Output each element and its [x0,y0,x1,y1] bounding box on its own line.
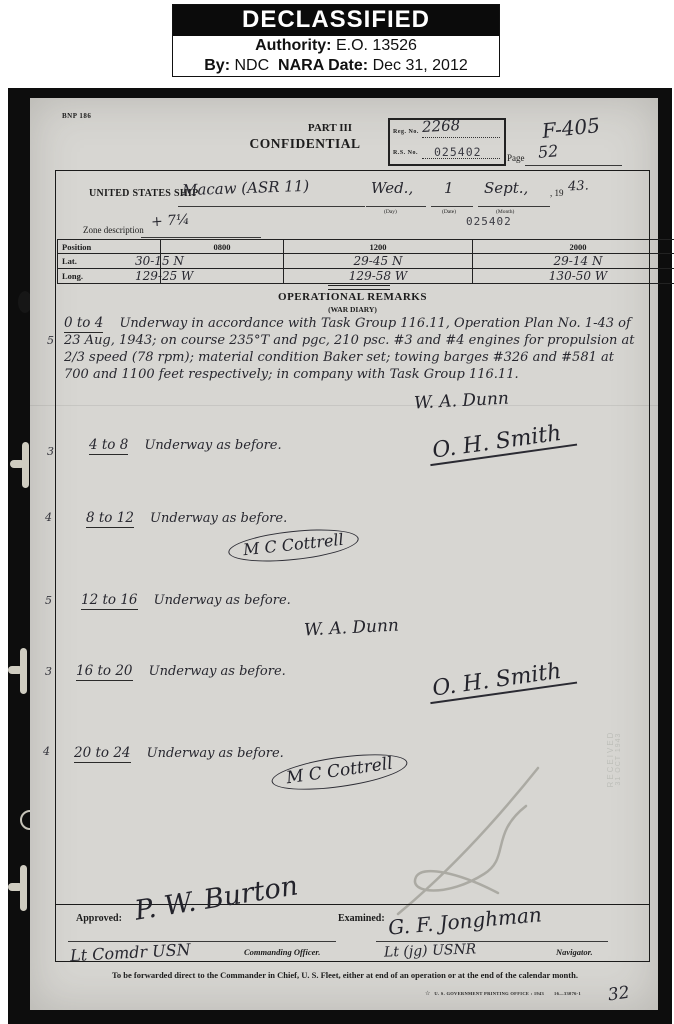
pencil-flourish-mark [386,766,556,921]
gpo-imprint: ☆ U. S. GOVERNMENT PRINTING OFFICE : 194… [425,982,581,1000]
zone-line [141,237,261,238]
margin-number: 4 [45,511,52,524]
declassified-banner: DECLASSIFIED Authority: E.O. 13526 By: N… [172,4,500,77]
serial-stamp: 025402 [466,215,512,228]
declassified-war-diary-page: DECLASSIFIED Authority: E.O. 13526 By: N… [0,0,674,1024]
nara-date-label: NARA Date: [278,57,368,74]
col-2000-header: 2000 [473,240,674,254]
page-label: Page [507,153,525,163]
page-number-value: 52 [537,141,559,162]
margin-number: 3 [47,445,54,458]
day-line [366,206,426,207]
margin-number: 3 [45,665,52,678]
authority-label: Authority: [255,37,331,54]
watch-officer-signature: O. H. Smith [427,419,577,466]
watch-officer-signature: W. A. Dunn [304,616,400,641]
lat-2000: 29-14 N [473,254,674,269]
approved-signature-line [68,941,336,942]
entry-time: 20 to 24 [74,745,131,763]
gpo-code: 16—33076-1 [554,991,581,996]
handwritten-page-number: 32 [607,983,631,1006]
position-table: Position 0800 1200 2000 Lat. 30-15 N 29-… [57,239,674,284]
examined-signature-line [376,941,608,942]
entry-time: 12 to 16 [81,592,138,610]
margin-number: 5 [47,334,54,347]
page-number-line [525,165,622,166]
authority-line: Authority: E.O. 13526 [173,36,499,56]
faint-stamp-line2: 31 OCT 1943 [615,699,622,819]
reg-no-label: Reg. No. [393,129,419,135]
entry-text: Underway as before. [154,593,291,608]
long-2000: 130-50 W [473,269,674,284]
entry-text: Underway as before. [147,746,284,761]
commanding-officer-label: Commanding Officer. [244,947,320,957]
entry-time: 0 to 4 [64,315,103,333]
navigator-label: Navigator. [556,947,593,957]
long-1200: 129-58 W [284,269,473,284]
month-line [478,206,550,207]
circled-signature: M C Cottrell [227,524,360,567]
ship-name-value: Macaw (ASR 11) [182,177,310,199]
by-line: By: NDC NARA Date: Dec 31, 2012 [173,56,499,76]
remarks-subtitle: (WAR DIARY) [56,305,649,314]
day-value: Wed., [371,179,413,197]
year-prefix: , 19 [550,188,564,198]
paper-sheet: BNP 186 PART III CONFIDENTIAL Reg. No. 2… [30,98,658,1010]
col-1200-header: 1200 [284,240,473,254]
log-entry: 0 to 4 Underway in accordance with Task … [64,315,642,383]
rs-no-label: R.S. No. [393,150,418,156]
day-sublabel: (Day) [384,209,397,215]
commanding-officer-signature: P. W. Burton [133,870,301,926]
reg-no-value: 2268 [422,116,461,136]
margin-number: 5 [45,594,52,607]
by-value: NDC [234,57,269,74]
faint-stamp-line1: RECEIVED [606,699,615,819]
form-number: BNP 186 [62,112,91,120]
reg-dotted-line [422,137,500,138]
entry-text: Underway as before. [150,511,287,526]
examined-label: Examined: [338,913,385,924]
entry-time: 16 to 20 [76,663,133,681]
log-entry: 4 to 8 Underway as before. [89,437,282,454]
entry-text: Underway as before. [144,438,281,453]
margin-number: 4 [43,745,50,758]
faint-received-stamp: RECEIVED 31 OCT 1943 [606,699,622,819]
zone-description-label: Zone description [83,225,144,235]
rs-no-row: R.S. No. 025402 [390,141,504,162]
entry-text: Underway as before. [149,664,286,679]
registry-stamp-box: Reg. No. 2268 R.S. No. 025402 [388,118,506,166]
col-0800-header: 0800 [161,240,284,254]
rs-no-value: 025402 [434,145,482,159]
log-entry: 12 to 16 Underway as before. [81,592,291,609]
by-label: By: [204,57,230,74]
entry-time: 8 to 12 [86,510,134,528]
double-rule-ornament [328,285,390,290]
navigator-rank: Lt (jg) USNR [384,941,477,960]
gpo-text: U. S. GOVERNMENT PRINTING OFFICE : 1943 [434,991,544,996]
watch-officer-signature: M C Cottrell [227,524,360,567]
log-entry: 8 to 12 Underway as before. [86,510,287,527]
date-value: 1 [444,179,454,197]
remarks-title: OPERATIONAL REMARKS [56,291,649,303]
latitude-row: Lat. 30-15 N 29-45 N 29-14 N [58,254,674,269]
date-line [431,206,473,207]
authority-value: E.O. 13526 [336,37,417,54]
entry-text: Underway in accordance with Task Group 1… [64,316,634,382]
position-header: Position [58,240,161,254]
star-icon: ☆ [425,991,430,997]
log-entry: 16 to 20 Underway as before. [76,663,286,680]
file-mark: F-405 [541,113,601,143]
month-value: Sept., [484,179,528,197]
approved-label: Approved: [76,913,122,924]
date-sublabel: (Date) [442,209,456,215]
lat-0800: 30-15 N [161,254,284,269]
year-value: 43. [568,178,589,194]
zone-description-value: + 7¼ [150,212,190,231]
entry-time: 4 to 8 [89,437,128,455]
watch-officer-signature: W. A. Dunn [414,389,510,414]
ship-name-line [178,206,365,207]
declassified-title: DECLASSIFIED [173,5,499,36]
war-diary-form: UNITED STATES SHIP Macaw (ASR 11) Wed., … [55,170,650,962]
nara-date-value: Dec 31, 2012 [373,57,468,74]
long-0800: 129-25 W [161,269,284,284]
position-header-row: Position 0800 1200 2000 [58,240,674,254]
part-heading: PART III [250,122,410,134]
watch-officer-signature: O. H. Smith [427,657,577,704]
commanding-officer-rank: Lt Comdr USN [70,940,191,965]
longitude-row: Long. 129-25 W 129-58 W 130-50 W [58,269,674,284]
document-scan: BNP 186 PART III CONFIDENTIAL Reg. No. 2… [8,88,672,1024]
forwarding-note: To be forwarded direct to the Commander … [55,970,635,980]
classification-heading: CONFIDENTIAL [210,136,400,152]
lat-1200: 29-45 N [284,254,473,269]
log-entry: 20 to 24 Underway as before. [74,745,284,762]
reg-no-row: Reg. No. 2268 [390,120,504,141]
